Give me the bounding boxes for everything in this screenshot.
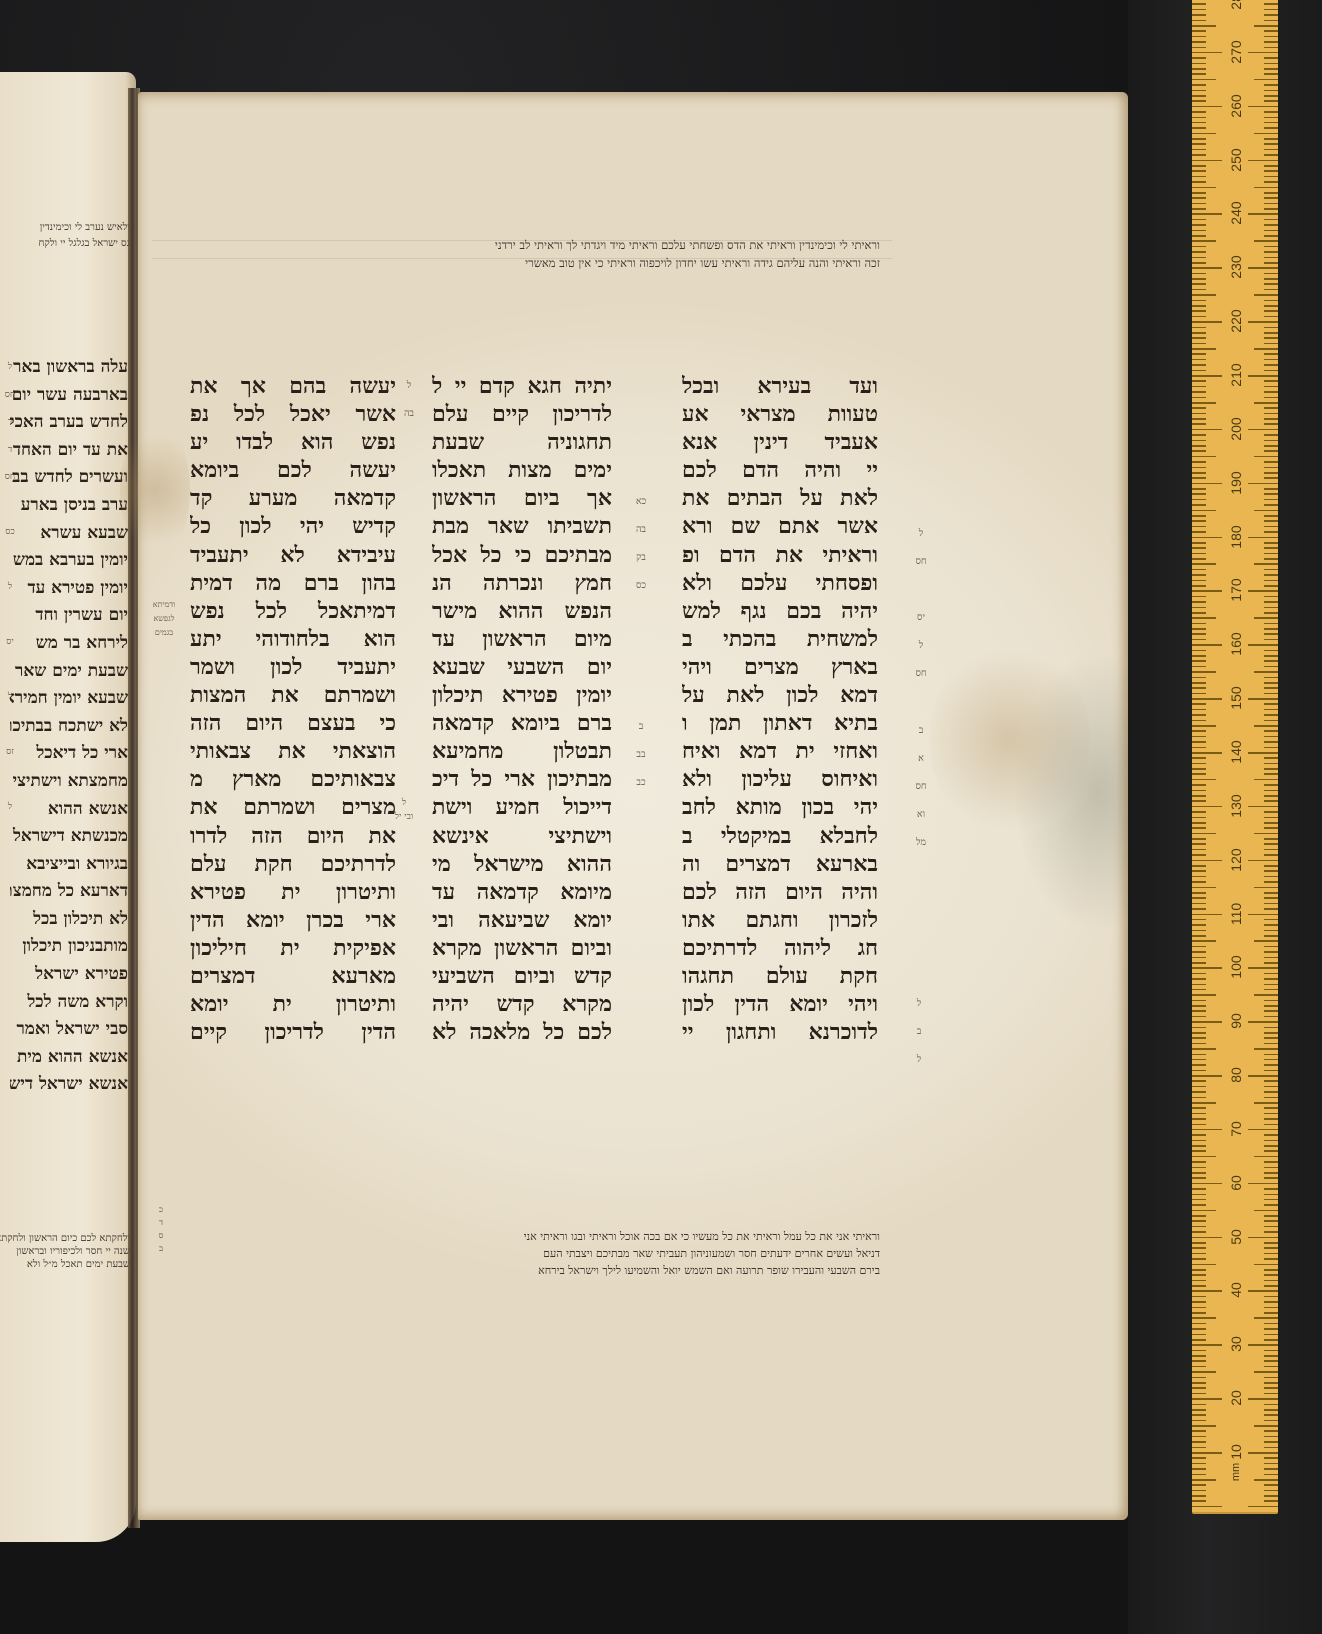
ruler-tick	[1192, 25, 1216, 27]
ruler-tick	[1264, 1054, 1278, 1056]
ruler-tick	[1254, 1210, 1278, 1212]
ruler-tick	[1192, 1479, 1216, 1481]
ruler-tick	[1192, 1226, 1206, 1228]
ruler-tick	[1254, 1264, 1278, 1266]
ruler-tick	[1264, 418, 1278, 420]
text-line: ועד בעירא ובכל	[682, 372, 878, 400]
ruler-tick	[1254, 402, 1278, 404]
ruler-tick	[1264, 68, 1278, 70]
ruler-tick	[1192, 1323, 1206, 1325]
ruler-tick	[1264, 1194, 1278, 1196]
ruler-tick	[1264, 957, 1278, 959]
text-line: יהי בכון מותא לחב	[682, 793, 878, 821]
ruler-tick	[1192, 79, 1216, 81]
ruler-tick	[1264, 1296, 1278, 1298]
text-line: מיום הראשון עד	[432, 625, 612, 653]
ruler-tick	[1264, 251, 1278, 253]
ruler-tick	[1264, 682, 1278, 684]
ruler-tick	[1264, 908, 1278, 910]
ruler-tick	[1192, 133, 1216, 135]
ruler-tick	[1192, 1183, 1222, 1185]
ruler-label: 50	[1229, 1217, 1243, 1257]
ruler-tick	[1264, 714, 1278, 716]
text-line: מבתיכם כי כל אכל	[432, 541, 612, 569]
margin-note: ב	[908, 717, 934, 745]
ruler-tick	[1192, 192, 1206, 194]
margin-note: מל	[908, 829, 934, 857]
ruler-tick	[1192, 1145, 1206, 1147]
ruler-label: 70	[1229, 1109, 1243, 1149]
ruler-tick	[1192, 1016, 1206, 1018]
ruler-tick	[1264, 1005, 1278, 1007]
ruler-tick	[1264, 542, 1278, 544]
facing-text-line: שבעא יומין חמירא	[10, 685, 128, 713]
ruler-tick	[1192, 1161, 1206, 1163]
ruler-tick	[1192, 117, 1206, 119]
ruler-tick	[1264, 305, 1278, 307]
facing-text-line: וקרא משה לכל	[10, 989, 128, 1017]
ruler-tick	[1264, 84, 1278, 86]
ruler-label: 220	[1229, 301, 1243, 341]
facing-text-line: יומין בערבא במש	[10, 547, 128, 575]
ruler-tick	[1192, 644, 1222, 646]
ruler-tick	[1192, 849, 1206, 851]
ruler-tick	[1192, 456, 1216, 458]
ruler-tick	[1264, 1134, 1278, 1136]
ruler-tick	[1192, 903, 1206, 905]
ruler-tick	[1192, 63, 1206, 65]
ruler-tick	[1192, 36, 1206, 38]
ruler-tick	[1192, 967, 1222, 969]
text-line: ושמרתם את המצות	[190, 681, 396, 709]
ruler-tick	[1264, 1253, 1278, 1255]
ruler-tick	[1264, 951, 1278, 953]
ruler-tick	[1192, 1393, 1206, 1395]
ruler-tick	[1264, 1457, 1278, 1459]
ruler-tick	[1192, 833, 1216, 835]
ruler-tick	[1264, 208, 1278, 210]
ruler-tick	[1264, 138, 1278, 140]
ruler-tick	[1192, 1269, 1206, 1271]
ruler-tick	[1264, 1323, 1278, 1325]
ruler-tick	[1264, 515, 1278, 517]
ruler-tick	[1192, 946, 1206, 948]
ruler-tick	[1264, 1161, 1278, 1163]
ruler-tick	[1248, 1506, 1278, 1508]
ruler-tick	[1192, 763, 1206, 765]
ruler-tick	[1264, 353, 1278, 355]
ruler-tick	[1264, 1328, 1278, 1330]
ruler-tick	[1192, 919, 1206, 921]
text-line: מארעא דמצרים	[190, 962, 396, 990]
ruler-tick	[1192, 607, 1206, 609]
ruler-tick	[1254, 671, 1278, 673]
ruler-tick	[1192, 1075, 1222, 1077]
ruler-tick	[1264, 1016, 1278, 1018]
ruler-tick	[1192, 483, 1222, 485]
ruler-tick	[1254, 456, 1278, 458]
ruler-tick	[1264, 1420, 1278, 1422]
ruler-tick	[1264, 20, 1278, 22]
ruler-tick	[1264, 262, 1278, 264]
ruler-label: 280	[1229, 0, 1243, 18]
ruler-label: 140	[1229, 732, 1243, 772]
ruler-tick	[1192, 353, 1206, 355]
ruler-tick	[1192, 1124, 1206, 1126]
facing-text-line: אנשא ההוא	[10, 796, 128, 824]
ruler-tick	[1192, 984, 1206, 986]
ruler-tick	[1192, 283, 1206, 285]
ruler-tick	[1264, 784, 1278, 786]
ruler-tick	[1264, 1091, 1278, 1093]
ruler-tick	[1192, 143, 1206, 145]
text-line: דמיתאכל לכל נפש	[190, 597, 396, 625]
ruler-tick	[1192, 1054, 1206, 1056]
text-line: יומא שביעאה ובי	[432, 906, 612, 934]
ruler-tick	[1192, 1371, 1216, 1373]
ruler-tick	[1192, 1194, 1206, 1196]
ruler-tick	[1264, 596, 1278, 598]
text-line: יהיה בכם נגף למש	[682, 597, 878, 625]
facing-text-line: עלה בראשון באר	[10, 354, 128, 382]
ruler-tick	[1192, 1339, 1206, 1341]
ruler-tick	[1192, 370, 1206, 372]
margin-note: יס	[908, 604, 934, 632]
footer-line: דניאל ועשים אחרים ידעתים חסר ושמעוניהון …	[188, 1245, 880, 1262]
text-line: לכם כל מלאכה לא	[432, 1018, 612, 1046]
ruler-tick	[1192, 1296, 1206, 1298]
ruler-tick	[1192, 784, 1206, 786]
ruler-tick	[1192, 703, 1206, 705]
parchment-stain	[120, 420, 190, 560]
ruler-tick	[1264, 978, 1278, 980]
ruler-tick	[1248, 375, 1278, 377]
margin-note: ל	[908, 520, 934, 548]
ruler-tick	[1192, 1204, 1206, 1206]
margin-note: ד	[152, 1217, 170, 1230]
ruler-tick	[1192, 1070, 1206, 1072]
ruler-tick	[1192, 1199, 1206, 1201]
ruler-tick	[1264, 278, 1278, 280]
ruler-tick	[1264, 488, 1278, 490]
ruler-tick	[1264, 95, 1278, 97]
ruler-tick	[1254, 1425, 1278, 1427]
parchment-stain	[930, 640, 1090, 840]
text-column-left: יעשה בהם אך אתאשר יאכל לכל נפנפש הוא לבד…	[190, 372, 396, 1046]
ruler-tick	[1264, 41, 1278, 43]
text-line: לחבלא במיקטלי ב	[682, 822, 878, 850]
ruler-tick	[1192, 1150, 1206, 1152]
margin-note: בק	[626, 544, 656, 572]
ruler-tick	[1264, 1430, 1278, 1432]
ruler-tick	[1192, 623, 1206, 625]
text-line: קדיש יהי לכון כל	[190, 512, 396, 540]
ruler-tick	[1192, 887, 1216, 889]
ruler-tick	[1192, 881, 1206, 883]
ruler-tick	[1248, 1290, 1278, 1292]
ruler-tick	[1264, 1140, 1278, 1142]
ruler-tick	[1192, 1463, 1206, 1465]
ruler-tick	[1192, 1457, 1206, 1459]
facing-text-line: ערב בניסן בארע	[10, 492, 128, 520]
ruler-tick	[1192, 650, 1206, 652]
text-line: הוא בלחודוהי יתע	[190, 625, 396, 653]
ruler-tick	[1192, 52, 1222, 54]
margin-note: ובי יל	[388, 810, 420, 824]
text-line: והיה היום הזה לכם	[682, 878, 878, 906]
text-line: וראיתי את הדם ופ	[682, 541, 878, 569]
ruler-tick	[1192, 1301, 1206, 1303]
footer-line: וראיתי אני את כל עמל וראיתי את כל מעשיו …	[188, 1228, 880, 1245]
ruler-tick	[1192, 897, 1206, 899]
text-line: יעשה לכם ביומא	[190, 456, 396, 484]
margin-note	[626, 685, 656, 713]
ruler-tick	[1192, 1188, 1206, 1190]
ruler-tick	[1192, 122, 1206, 124]
margin-notes-middle-right: כאבהבקכסבבבכב	[626, 488, 656, 797]
ruler-tick	[1192, 1430, 1206, 1432]
ruler-tick	[1192, 106, 1222, 108]
ruler-tick	[1192, 1360, 1206, 1362]
ruler-tick	[1264, 219, 1278, 221]
ruler-tick	[1264, 650, 1278, 652]
text-line: מיומא קדמאה עד	[432, 878, 612, 906]
margin-note: ודמיתא	[148, 598, 180, 612]
ruler-tick	[1192, 413, 1206, 415]
ruler-tick	[1254, 294, 1278, 296]
ruler-tick	[1264, 230, 1278, 232]
ruler-tick	[1192, 1387, 1206, 1389]
ruler-tick	[1192, 1242, 1206, 1244]
ruler-tick	[1264, 838, 1278, 840]
ruler-tick	[1264, 1441, 1278, 1443]
ruler-tick	[1254, 940, 1278, 942]
text-line: יתיה חגא קדם יי ל	[432, 372, 612, 400]
ruler-tick	[1264, 273, 1278, 275]
ruler-tick	[1192, 860, 1222, 862]
facing-page-header: ולאיש נערב לי וכימינדין נס ישראל בגלגל י…	[0, 220, 130, 252]
ruler-tick	[1264, 865, 1278, 867]
ruler-tick	[1192, 510, 1216, 512]
facing-text-line: לירחא בר מש	[10, 630, 128, 658]
ruler-tick	[1192, 3, 1206, 5]
ruler-tick	[1192, 493, 1206, 495]
ruler-tick	[1264, 962, 1278, 964]
ruler-tick	[1264, 1231, 1278, 1233]
ruler-tick	[1264, 897, 1278, 899]
text-line: הוצאתי את צבאותי	[190, 737, 396, 765]
ruler-tick	[1264, 1080, 1278, 1082]
ruler-tick	[1254, 240, 1278, 242]
ruler-tick	[1264, 499, 1278, 501]
ruler-tick	[1192, 461, 1206, 463]
ruler-tick	[1192, 1247, 1206, 1249]
ruler-tick	[1264, 1000, 1278, 1002]
ruler-tick	[1264, 1145, 1278, 1147]
ruler-label: 270	[1229, 32, 1243, 72]
ruler-tick	[1192, 773, 1206, 775]
facing-footer-line: ולחקתא לכם כיום הראשון ולחקתא	[0, 1232, 130, 1245]
ruler-tick	[1192, 1274, 1206, 1276]
ruler-tick	[1192, 596, 1206, 598]
ruler-tick	[1264, 1226, 1278, 1228]
ruler-tick	[1192, 440, 1206, 442]
ruler-tick	[1192, 930, 1206, 932]
ruler-tick	[1192, 1097, 1206, 1099]
ruler-tick	[1264, 935, 1278, 937]
ruler-tick	[1264, 693, 1278, 695]
ruler-tick	[1264, 493, 1278, 495]
ruler-tick	[1192, 1156, 1216, 1158]
ruler-tick	[1248, 106, 1278, 108]
ruler-tick	[1254, 1102, 1278, 1104]
ruler-tick	[1248, 483, 1278, 485]
ruler-tick	[1264, 364, 1278, 366]
ruler-tick	[1192, 666, 1206, 668]
ruler-tick	[1264, 612, 1278, 614]
ruler-tick	[1192, 488, 1206, 490]
ruler-tick	[1192, 477, 1206, 479]
ruler-label: 90	[1229, 1001, 1243, 1041]
ruler-tick	[1264, 1393, 1278, 1395]
ruler-tick	[1248, 1183, 1278, 1185]
margin-notes-inner-upper: ודמיתאלגפשאבגמים	[148, 598, 180, 640]
margin-note: חס	[908, 548, 934, 576]
ruler-tick	[1192, 203, 1206, 205]
ruler-tick	[1192, 693, 1206, 695]
ruler-tick	[1192, 806, 1222, 808]
ruler-tick	[1192, 569, 1206, 571]
ruler-tick	[1192, 612, 1206, 614]
ruler-tick	[1192, 671, 1216, 673]
ruler-tick	[1192, 472, 1206, 474]
ruler-tick	[1264, 100, 1278, 102]
facing-text-line: לא תיכלון בכל	[10, 906, 128, 934]
ruler-tick	[1192, 273, 1206, 275]
ruler-tick	[1192, 418, 1206, 420]
ruler-tick	[1264, 257, 1278, 259]
ruler-tick	[1192, 1220, 1206, 1222]
text-line: בהון ברם מה דמית	[190, 569, 396, 597]
ruler-tick	[1192, 278, 1206, 280]
ruler-tick	[1264, 1334, 1278, 1336]
text-line: יי והיה הדם לכם	[682, 456, 878, 484]
ruler-tick	[1192, 908, 1206, 910]
ruler-tick	[1248, 806, 1278, 808]
ruler-tick	[1264, 709, 1278, 711]
ruler-tick	[1264, 623, 1278, 625]
ruler-tick	[1192, 30, 1206, 32]
ruler-tick	[1264, 639, 1278, 641]
ruler-tick	[1264, 811, 1278, 813]
ruler-tick	[1192, 1037, 1206, 1039]
ruler-tick	[1192, 747, 1206, 749]
ruler-tick	[1264, 386, 1278, 388]
ruler-tick	[1192, 1290, 1222, 1292]
text-line: מבתיכון ארי כל דיכ	[432, 765, 612, 793]
ruler-tick	[1264, 359, 1278, 361]
ruler-tick	[1264, 1097, 1278, 1099]
ruler-tick	[1192, 208, 1206, 210]
ruler-tick	[1264, 520, 1278, 522]
ruler-tick	[1264, 703, 1278, 705]
ruler-tick	[1264, 337, 1278, 339]
ruler-tick	[1254, 1048, 1278, 1050]
facing-text-line: מותבניכון תיכלון	[10, 933, 128, 961]
ruler-tick	[1264, 165, 1278, 167]
ruler-tick	[1192, 1409, 1206, 1411]
ruler-tick	[1192, 1344, 1222, 1346]
ruler-label: 250	[1229, 140, 1243, 180]
ruler-tick	[1192, 768, 1206, 770]
facing-footer-line: שבעת ימים תאכל מ״ל ולא	[0, 1258, 130, 1271]
ruler-tick	[1192, 197, 1206, 199]
ruler-tick	[1264, 170, 1278, 172]
ruler-tick	[1254, 887, 1278, 889]
ruler-tick	[1192, 682, 1206, 684]
ruler-tick	[1192, 1484, 1206, 1486]
ruler-tick	[1192, 1506, 1222, 1508]
ruler-tick	[1192, 1495, 1206, 1497]
ruler-tick	[1192, 294, 1216, 296]
ruler-tick	[1264, 876, 1278, 878]
ruler-label: 110	[1229, 894, 1243, 934]
ruler-tick	[1192, 160, 1222, 162]
ruler-tick	[1264, 117, 1278, 119]
ruler-tick	[1254, 1371, 1278, 1373]
ruler-tick	[1192, 397, 1206, 399]
ruler-tick	[1192, 585, 1206, 587]
ruler-tick	[1254, 510, 1278, 512]
ruler-tick	[1264, 63, 1278, 65]
ruler-tick	[1192, 343, 1206, 345]
text-line: דמא לכון לאת על	[682, 681, 878, 709]
ruler-tick	[1264, 800, 1278, 802]
ruler-tick	[1264, 660, 1278, 662]
margin-note: ס	[152, 1230, 170, 1243]
ruler-tick	[1264, 1032, 1278, 1034]
margin-note	[908, 576, 934, 604]
ruler-tick	[1192, 429, 1222, 431]
ruler-tick	[1192, 504, 1206, 506]
ruler-label: 160	[1229, 624, 1243, 664]
ruler-tick	[1264, 1124, 1278, 1126]
ruler-tick	[1192, 526, 1206, 528]
facing-text-line: את עד יום האחד	[10, 437, 128, 465]
ruler-tick	[1192, 1436, 1206, 1438]
ruler-tick	[1264, 283, 1278, 285]
text-line: ותיטרון ית יומא	[190, 990, 396, 1018]
ruler-tick	[1264, 1107, 1278, 1109]
ruler-tick	[1264, 1247, 1278, 1249]
ruler-tick	[1264, 73, 1278, 75]
facing-text-line: לא ישתכח בבתיכון	[10, 713, 128, 741]
margin-note: ב	[626, 713, 656, 741]
ruler-tick	[1192, 790, 1206, 792]
ruler-tick	[1254, 187, 1278, 189]
ruler-tick	[1192, 68, 1206, 70]
ruler-tick	[1192, 827, 1206, 829]
ruler-tick	[1254, 133, 1278, 135]
ruler-tick	[1248, 698, 1278, 700]
ruler-tick	[1192, 531, 1206, 533]
ruler-tick	[1192, 1129, 1222, 1131]
ruler-tick	[1192, 709, 1206, 711]
ruler-tick	[1254, 25, 1278, 27]
margin-note	[626, 600, 656, 628]
ruler-tick	[1192, 1086, 1206, 1088]
ruler-tick	[1264, 434, 1278, 436]
